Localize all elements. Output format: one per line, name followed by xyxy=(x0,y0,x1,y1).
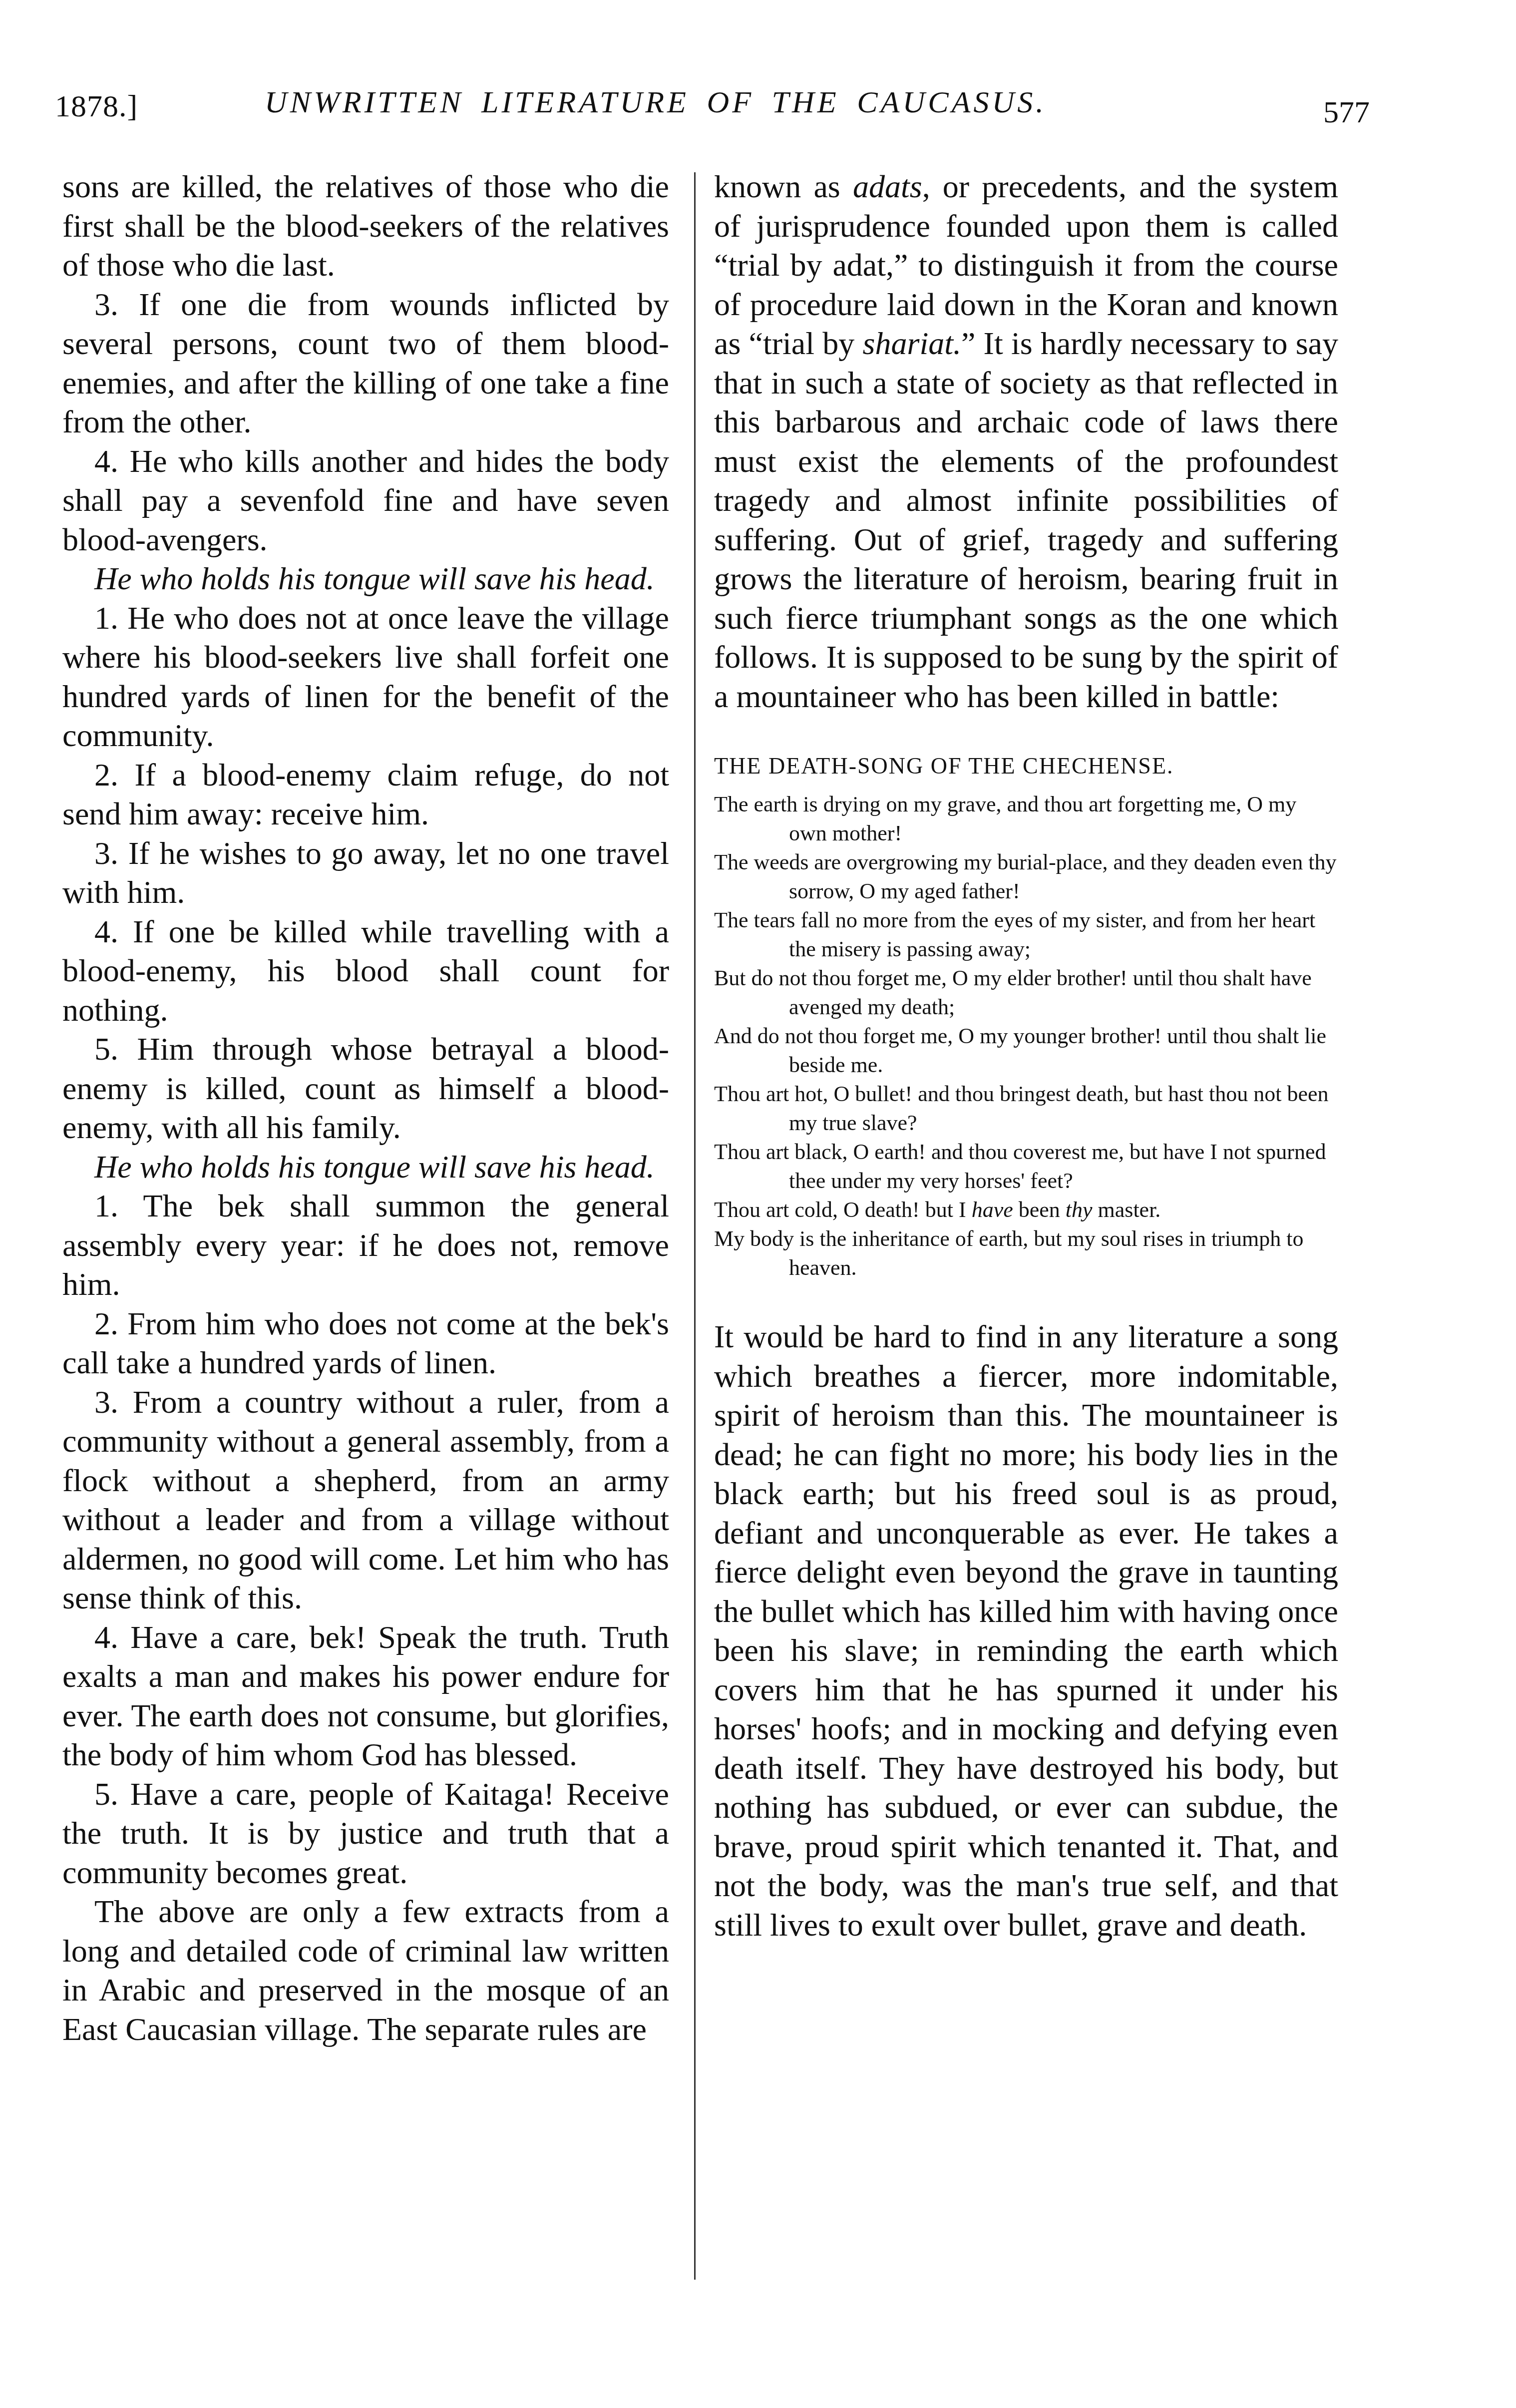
poem-line: The weeds are overgrowing my burial-plac… xyxy=(714,848,1338,906)
poem-line: But do not thou forget me, O my elder br… xyxy=(714,964,1338,1022)
right-column: known as adats, or precedents, and the s… xyxy=(714,167,1338,1945)
text-run: ” It is hardly necessary to say that in … xyxy=(714,326,1338,714)
paragraph: sons are killed, the relatives of those … xyxy=(62,167,669,285)
text-run: been xyxy=(1013,1198,1066,1222)
text-run: Thou art cold, O death! but I xyxy=(714,1198,972,1222)
conclusion-paragraph: It would be hard to find in any literatu… xyxy=(714,1317,1338,1945)
intro-paragraph: known as adats, or precedents, and the s… xyxy=(714,167,1338,716)
running-header: 1878.] UNWRITTEN LITERATURE OF THE CAUCA… xyxy=(55,85,1343,140)
paragraph: 3. If one die from wounds inflicted by s… xyxy=(62,285,669,442)
paragraph: 2. From him who does not come at the bek… xyxy=(62,1304,669,1383)
italic-word: have xyxy=(972,1198,1013,1222)
paragraph: 4. Have a care, bek! Speak the truth. Tr… xyxy=(62,1618,669,1775)
paragraph: 4. If one be killed while travelling wit… xyxy=(62,912,669,1030)
paragraph: 1. The bek shall summon the general asse… xyxy=(62,1187,669,1304)
paragraph: 2. If a blood-enemy claim refuge, do not… xyxy=(62,756,669,834)
poem: The earth is drying on my grave, and tho… xyxy=(714,790,1338,1282)
header-year: 1878.] xyxy=(55,89,138,124)
text-run: known as xyxy=(714,169,853,204)
left-column: sons are killed, the relatives of those … xyxy=(62,167,669,2049)
poem-line: The earth is drying on my grave, and tho… xyxy=(714,790,1338,848)
poem-line: And do not thou forget me, O my younger … xyxy=(714,1022,1338,1080)
italic-word: thy xyxy=(1066,1198,1093,1222)
poem-line: Thou art hot, O bullet! and thou bringes… xyxy=(714,1080,1338,1138)
page-number: 577 xyxy=(1323,95,1370,130)
paragraph: 3. From a country without a ruler, from … xyxy=(62,1383,669,1618)
header-title: UNWRITTEN LITERATURE OF THE CAUCASUS. xyxy=(265,85,1047,120)
italic-term: shariat. xyxy=(863,326,961,361)
poem-title: THE DEATH-SONG OF THE CHECHENSE. xyxy=(714,751,1338,781)
paragraph: 5. Him through whose betrayal a blood-en… xyxy=(62,1030,669,1148)
paragraph: The above are only a few extracts from a… xyxy=(62,1892,669,2049)
paragraph: 1. He who does not at once leave the vil… xyxy=(62,599,669,756)
poem-line: Thou art black, O earth! and thou covere… xyxy=(714,1138,1338,1196)
paragraph: 4. He who kills another and hides the bo… xyxy=(62,442,669,560)
text-run: master. xyxy=(1093,1198,1161,1222)
section-heading-italic: He who holds his tongue will save his he… xyxy=(62,1148,669,1187)
paragraph: 3. If he wishes to go away, let no one t… xyxy=(62,834,669,912)
poem-line: The tears fall no more from the eyes of … xyxy=(714,906,1338,964)
column-divider xyxy=(694,172,696,2280)
italic-term: adats xyxy=(853,169,922,204)
poem-line: My body is the inheritance of earth, but… xyxy=(714,1224,1338,1282)
paragraph: 5. Have a care, people of Kaitaga! Recei… xyxy=(62,1775,669,1893)
poem-line: Thou art cold, O death! but I have been … xyxy=(714,1196,1338,1224)
section-heading-italic: He who holds his tongue will save his he… xyxy=(62,559,669,599)
